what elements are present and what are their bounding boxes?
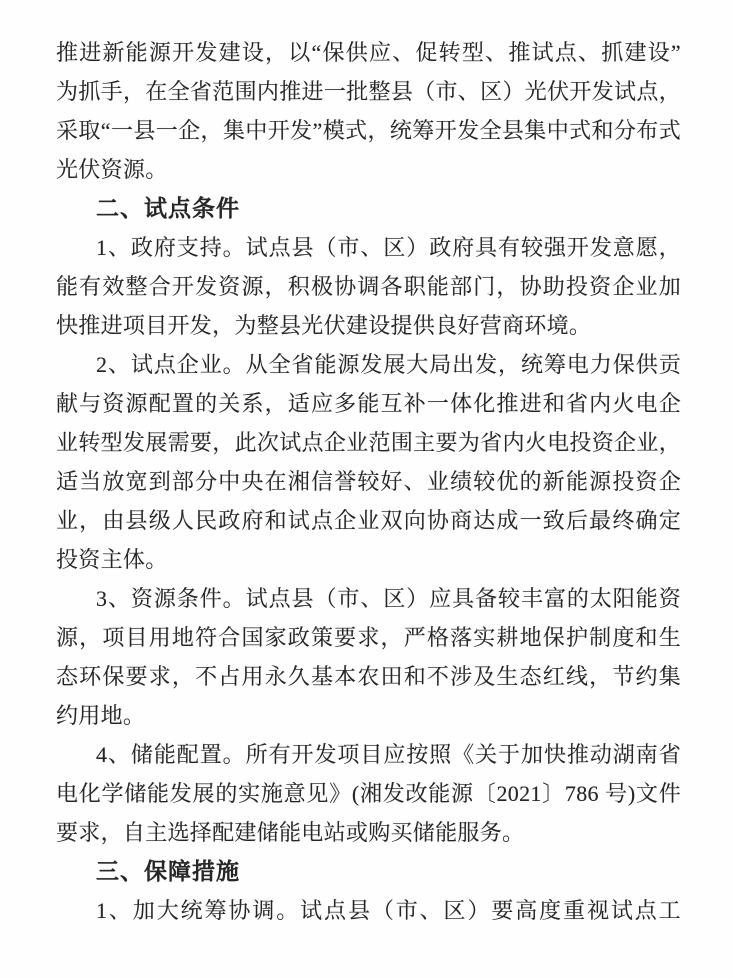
text-line: 快推进项目开发，为整县光伏建设提供良好营商环境。: [56, 306, 681, 345]
text-line: 推进新能源开发建设，以“保供应、促转型、推试点、抓建设”: [56, 33, 681, 72]
section-heading: 三、保障措施: [56, 852, 681, 891]
text-line: 电化学储能发展的实施意见》(湘发改能源〔2021〕786 号)文件: [56, 774, 681, 813]
text-line: 光伏资源。: [56, 150, 681, 189]
section-heading: 二、试点条件: [56, 189, 681, 228]
text-line: 态环保要求，不占用永久基本农田和不涉及生态红线，节约集: [56, 657, 681, 696]
text-line: 能有效整合开发资源，积极协调各职能部门，协助投资企业加: [56, 267, 681, 306]
document-text-block: 推进新能源开发建设，以“保供应、促转型、推试点、抓建设”为抓手，在全省范围内推进…: [56, 33, 681, 930]
text-line: 3、资源条件。试点县（市、区）应具备较丰富的太阳能资: [56, 579, 681, 618]
text-line: 约用地。: [56, 696, 681, 735]
text-line: 1、加大统筹协调。试点县（市、区）要高度重视试点工作，: [56, 891, 681, 930]
text-line: 业转型发展需要，此次试点企业范围主要为省内火电投资企业，: [56, 423, 681, 462]
text-line: 献与资源配置的关系，适应多能互补一体化推进和省内火电企: [56, 384, 681, 423]
text-line: 4、储能配置。所有开发项目应按照《关于加快推动湖南省: [56, 735, 681, 774]
text-line: 1、政府支持。试点县（市、区）政府具有较强开发意愿，: [56, 228, 681, 267]
text-line: 为抓手，在全省范围内推进一批整县（市、区）光伏开发试点，: [56, 72, 681, 111]
text-line: 投资主体。: [56, 540, 681, 579]
document-page: 推进新能源开发建设，以“保供应、促转型、推试点、抓建设”为抓手，在全省范围内推进…: [0, 0, 733, 978]
text-line: 2、试点企业。从全省能源发展大局出发，统筹电力保供贡: [56, 345, 681, 384]
text-line: 源，项目用地符合国家政策要求，严格落实耕地保护制度和生: [56, 618, 681, 657]
text-line: 适当放宽到部分中央在湘信誉较好、业绩较优的新能源投资企: [56, 462, 681, 501]
text-line: 业，由县级人民政府和试点企业双向协商达成一致后最终确定: [56, 501, 681, 540]
text-line: 要求，自主选择配建储能电站或购买储能服务。: [56, 813, 681, 852]
text-line: 采取“一县一企，集中开发”模式，统筹开发全县集中式和分布式: [56, 111, 681, 150]
